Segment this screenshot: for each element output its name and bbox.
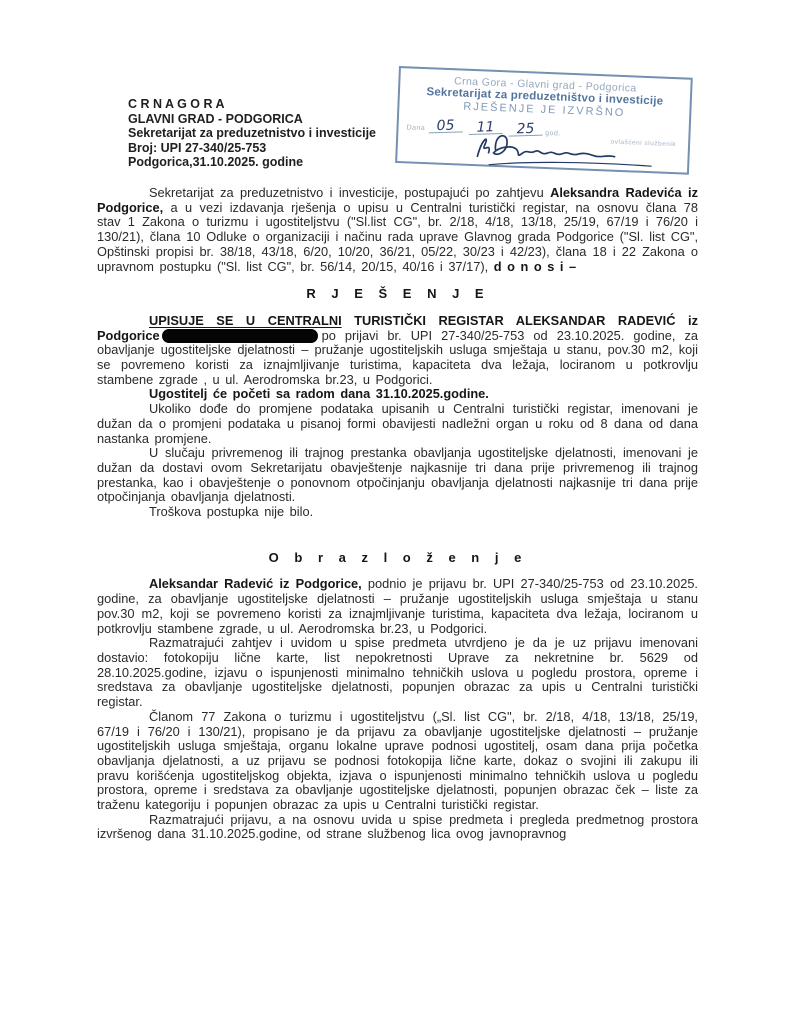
signature-handwriting: [466, 126, 663, 189]
paragraph: Članom 77 Zakona o turizmu i ugostiteljs…: [97, 710, 698, 813]
paragraph: Aleksandar Radević iz Podgorice, podnio …: [97, 577, 698, 636]
paragraph: Ugostitelj će početi sa radom dana 31.10…: [97, 387, 698, 402]
letterhead-date: Podgorica,31.10.2025. godine: [128, 155, 376, 170]
stamp-date-label: Dana: [406, 124, 425, 132]
letterhead-country: C R N A G O R A: [128, 97, 376, 112]
text-segment: d o n o s i –: [494, 259, 576, 274]
paragraph: UPISUJE SE U CENTRALNI TURISTIČKI REGIST…: [97, 314, 698, 388]
scanned-document-page: C R N A G O R A GLAVNI GRAD - PODGORICA …: [0, 0, 791, 1024]
letterhead-department: Sekretarijat za preduzetnistvo i investi…: [128, 126, 376, 141]
text-segment: Članom 77 Zakona o turizmu i ugostiteljs…: [97, 709, 698, 812]
verification-stamp: Crna Gora - Glavni grad - Podgorica Sekr…: [395, 66, 693, 175]
text-segment: U slučaju privremenog ili trajnog presta…: [97, 445, 698, 504]
paragraph: Troškova postupka nije bilo.: [97, 505, 698, 520]
document-body: Sekretarijat za preduzetnistvo i investi…: [97, 186, 698, 842]
redaction-bar: [162, 329, 318, 343]
text-segment: Razmatrajući zahtjev i uvidom u spise pr…: [97, 635, 698, 709]
letterhead: C R N A G O R A GLAVNI GRAD - PODGORICA …: [128, 97, 376, 170]
text-segment: Ukoliko dođe do promjene podataka upisan…: [97, 401, 698, 445]
section-heading: R J E Š E N J E: [97, 287, 698, 302]
text-segment: UPISUJE SE U CENTRALNI: [149, 313, 342, 328]
text-segment: Ugostitelj će početi sa radom dana 31.10…: [149, 386, 489, 401]
letterhead-case-number: Broj: UPI 27-340/25-753: [128, 141, 376, 156]
letterhead-city: GLAVNI GRAD - PODGORICA: [128, 112, 376, 127]
stamp-handwritten-day: 05: [428, 119, 462, 133]
text-segment: a u vezi izdavanja rješenja o upisu u Ce…: [97, 200, 698, 274]
paragraph: Ukoliko dođe do promjene podataka upisan…: [97, 402, 698, 446]
text-segment: Sekretarijat za preduzetnistvo i investi…: [149, 185, 550, 200]
text-segment: Razmatrajući prijavu, a na osnovu uvida …: [97, 812, 698, 842]
paragraph: Sekretarijat za preduzetnistvo i investi…: [97, 186, 698, 274]
paragraph: Razmatrajući zahtjev i uvidom u spise pr…: [97, 636, 698, 710]
paragraph: Razmatrajući prijavu, a na osnovu uvida …: [97, 813, 698, 842]
text-segment: Aleksandar Radević iz Podgorice,: [149, 576, 362, 591]
paragraph: U slučaju privremenog ili trajnog presta…: [97, 446, 698, 505]
section-heading: O b r a z l o ž e n j e: [97, 551, 698, 566]
text-segment: Troškova postupka nije bilo.: [149, 504, 313, 519]
